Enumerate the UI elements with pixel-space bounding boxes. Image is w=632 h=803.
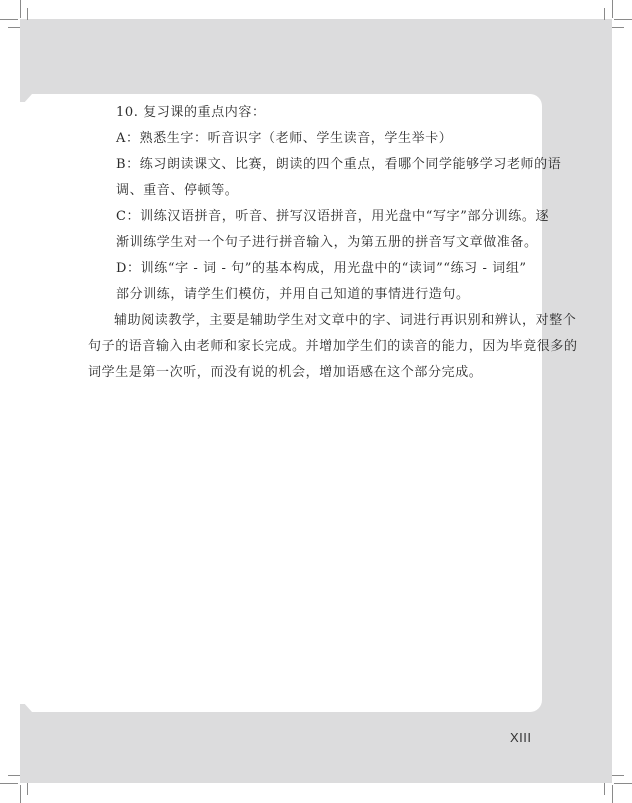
list-item-line: D：训练“字 - 词 - 句”的基本构成，用光盘中的“读词”“练习 - 词组” <box>80 256 540 282</box>
crop-mark <box>27 8 28 20</box>
crop-mark <box>614 783 632 784</box>
crop-mark <box>604 8 605 20</box>
list-item-c: C：训练汉语拼音，听音、拼写汉语拼音，用光盘中“写字”部分训练。逐 渐训练学生对… <box>80 204 540 256</box>
crop-mark <box>0 19 18 20</box>
list-item-line: C：训练汉语拼音，听音、拼写汉语拼音，用光盘中“写字”部分训练。逐 <box>80 204 540 230</box>
crop-mark <box>614 19 632 20</box>
crop-mark <box>612 785 613 803</box>
list-item-line: 部分训练，请学生们模仿，并用自己知道的事情进行造句。 <box>80 282 540 308</box>
crop-mark <box>8 775 20 776</box>
list-item-b: B：练习朗读课文、比赛，朗读的四个重点，看哪个同学能够学习老师的语 调、重音、停… <box>80 152 540 204</box>
crop-mark <box>8 27 20 28</box>
list-item-line: 调、重音、停顿等。 <box>80 178 540 204</box>
crop-mark <box>0 783 18 784</box>
crop-mark <box>20 785 21 803</box>
list-item-line: B：练习朗读课文、比赛，朗读的四个重点，看哪个同学能够学习老师的语 <box>80 152 540 178</box>
list-item-a: A：熟悉生字：听音识字（老师、学生读音，学生举卡） <box>80 126 540 152</box>
crop-mark <box>20 0 21 18</box>
page-number: XIII <box>510 730 532 745</box>
list-item-line: 渐训练学生对一个句子进行拼音输入，为第五册的拼音写文章做准备。 <box>80 230 540 256</box>
paragraph-line: 辅助阅读教学，主要是辅助学生对文章中的字、词进行再识别和辨认，对整个 <box>80 308 540 334</box>
section-heading: 10. 复习课的重点内容： <box>80 100 540 126</box>
paragraph-line: 词学生是第一次听，而没有说的机会，增加语感在这个部分完成。 <box>80 360 540 386</box>
crop-mark <box>612 27 624 28</box>
paragraph-reading-assist: 辅助阅读教学，主要是辅助学生对文章中的字、词进行再识别和辨认，对整个 句子的语音… <box>80 308 540 386</box>
crop-mark <box>604 783 605 795</box>
crop-mark <box>612 0 613 18</box>
list-item-d: D：训练“字 - 词 - 句”的基本构成，用光盘中的“读词”“练习 - 词组” … <box>80 256 540 308</box>
paragraph-line: 句子的语音输入由老师和家长完成。并增加学生们的读音的能力，因为毕竟很多的 <box>80 334 540 360</box>
crop-mark <box>612 775 624 776</box>
body-text: 10. 复习课的重点内容： A：熟悉生字：听音识字（老师、学生读音，学生举卡） … <box>80 100 540 386</box>
crop-mark <box>27 783 28 795</box>
list-item-line: A：熟悉生字：听音识字（老师、学生读音，学生举卡） <box>80 126 540 152</box>
